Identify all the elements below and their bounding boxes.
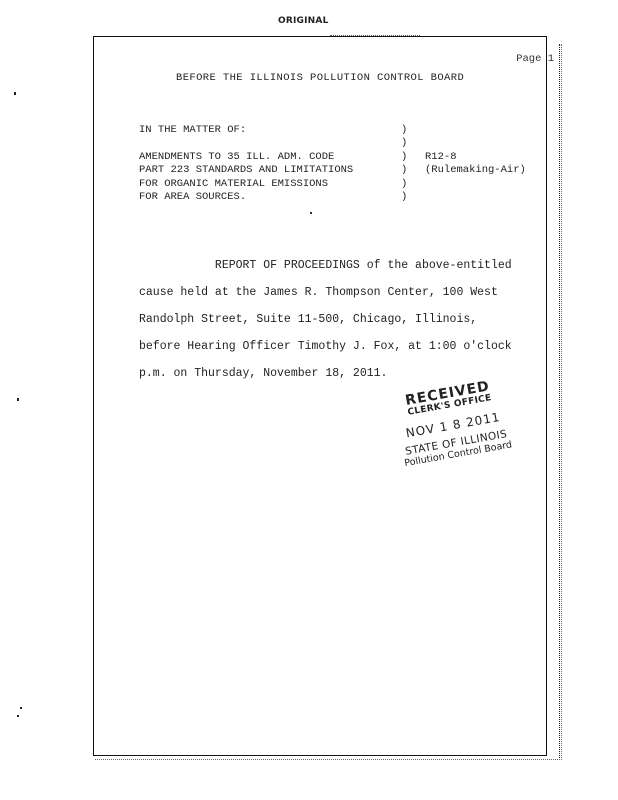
- page-number: Page 1: [516, 53, 554, 65]
- caption-paren: ): [401, 178, 425, 191]
- proceedings-line: cause held at the James R. Thompson Cent…: [139, 285, 559, 312]
- caption-left-text: FOR AREA SOURCES.: [139, 191, 401, 204]
- margin-speck: [20, 707, 22, 709]
- margin-speck: [14, 92, 16, 95]
- caption-paren: ): [401, 151, 425, 164]
- caption-row: PART 223 STANDARDS AND LIMITATIONS ) (Ru…: [139, 164, 565, 177]
- caption-paren: ): [401, 191, 425, 204]
- board-title: BEFORE THE ILLINOIS POLLUTION CONTROL BO…: [176, 72, 464, 84]
- docket-type: (Rulemaking-Air): [425, 164, 565, 177]
- docket-number: R12-8: [425, 151, 565, 164]
- caption-right-text: [425, 124, 565, 137]
- caption-row: FOR AREA SOURCES. ): [139, 191, 565, 204]
- caption-left-text: AMENDMENTS TO 35 ILL. ADM. CODE: [139, 151, 401, 164]
- proceedings-paragraph: REPORT OF PROCEEDINGS of the above-entit…: [139, 258, 559, 393]
- case-caption: IN THE MATTER OF: ) ) AMENDMENTS TO 35 I…: [139, 124, 565, 204]
- margin-speck: [17, 398, 19, 401]
- original-stamp: ORIGINAL: [278, 16, 329, 26]
- caption-left-text: FOR ORGANIC MATERIAL EMISSIONS: [139, 178, 401, 191]
- caption-paren: ): [401, 124, 425, 137]
- caption-paren: ): [401, 137, 425, 150]
- margin-speck: [17, 715, 19, 717]
- proceedings-line: REPORT OF PROCEEDINGS of the above-entit…: [139, 258, 559, 285]
- proceedings-line: Randolph Street, Suite 11-500, Chicago, …: [139, 312, 559, 339]
- proceedings-line: before Hearing Officer Timothy J. Fox, a…: [139, 339, 559, 366]
- caption-row: AMENDMENTS TO 35 ILL. ADM. CODE ) R12-8: [139, 151, 565, 164]
- caption-speck: [310, 212, 312, 214]
- caption-left-text: [139, 137, 401, 150]
- caption-left-text: PART 223 STANDARDS AND LIMITATIONS: [139, 164, 401, 177]
- caption-right-text: [425, 137, 565, 150]
- caption-row: ): [139, 137, 565, 150]
- caption-left-text: IN THE MATTER OF:: [139, 124, 401, 137]
- scan-bottom-edge: [95, 759, 560, 760]
- caption-paren: ): [401, 164, 425, 177]
- caption-row: FOR ORGANIC MATERIAL EMISSIONS ): [139, 178, 565, 191]
- caption-right-text: [425, 191, 565, 204]
- caption-row: IN THE MATTER OF: ): [139, 124, 565, 137]
- caption-right-text: [425, 178, 565, 191]
